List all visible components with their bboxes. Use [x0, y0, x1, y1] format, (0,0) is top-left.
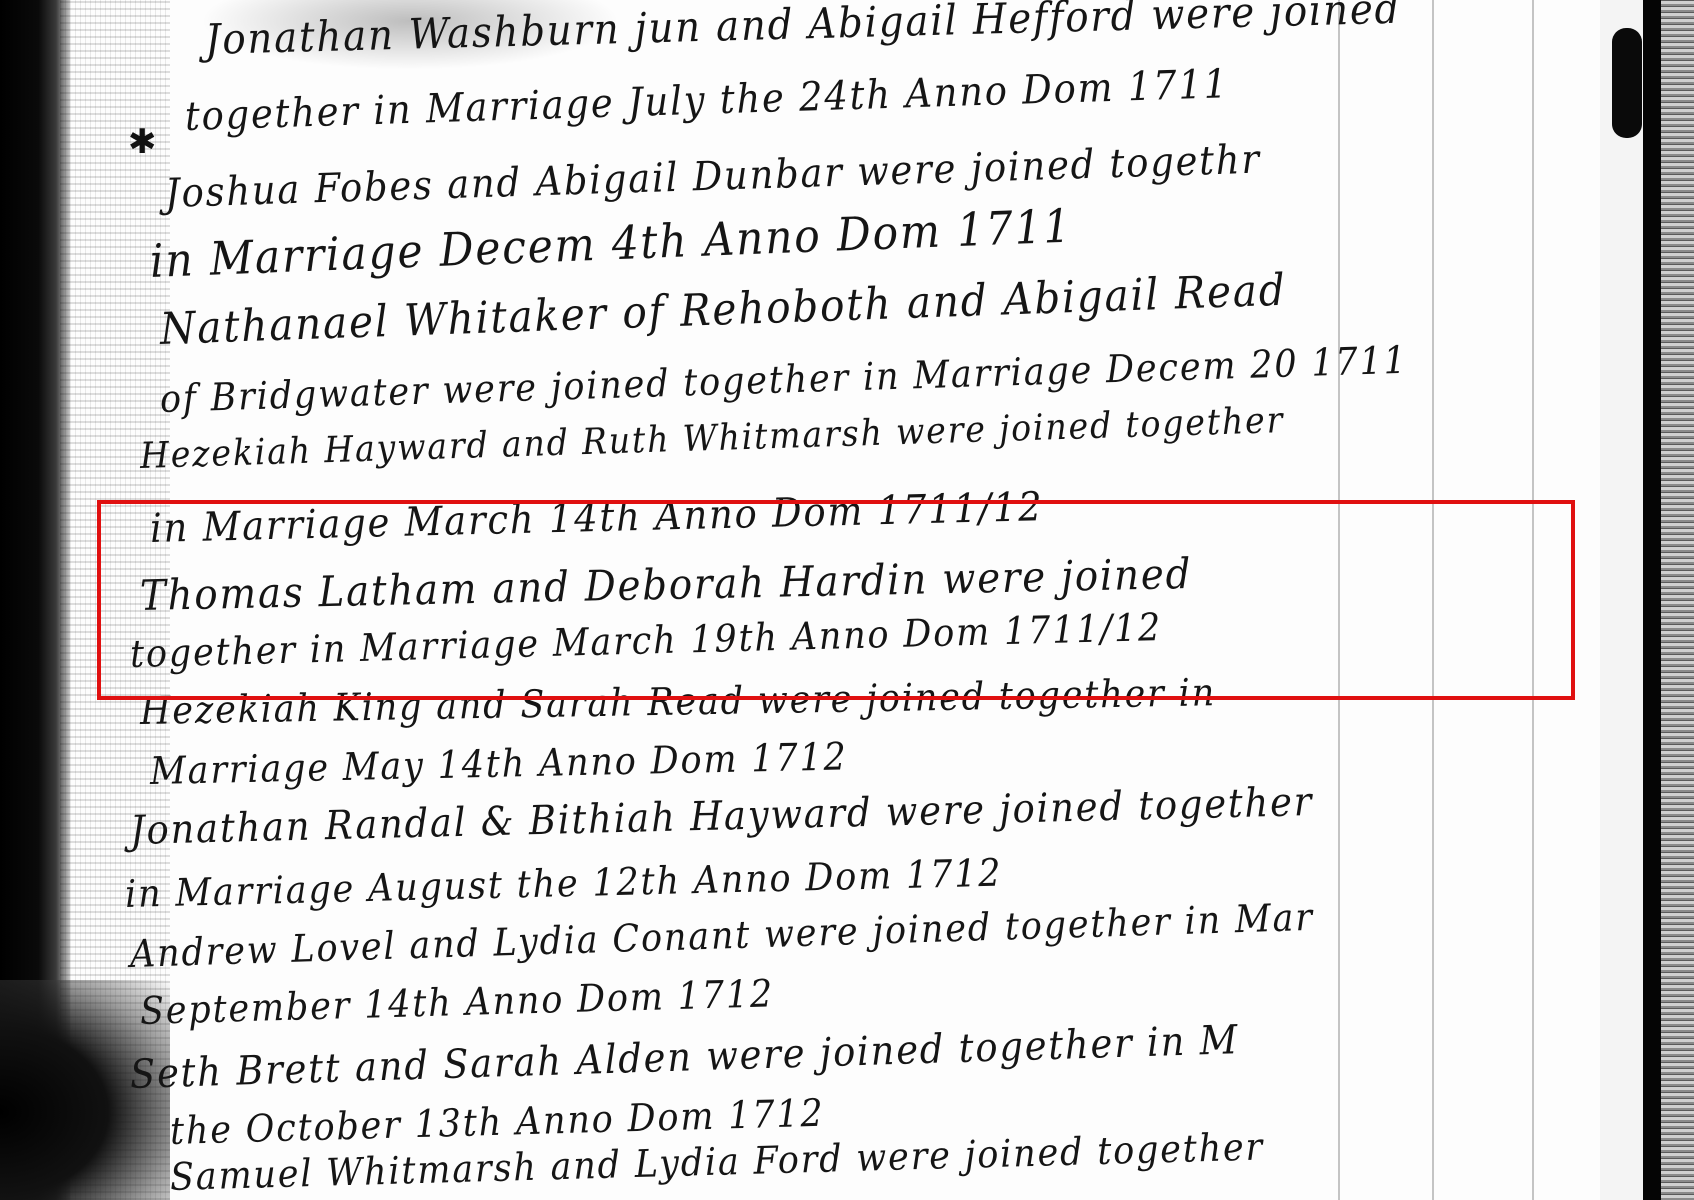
register-line: Jonathan Washburn jun and Abigail Heffor… — [204, 0, 1401, 64]
manuscript-page: ✱ Jonathan Washburn jun and Abigail Heff… — [0, 0, 1694, 1200]
asterisk-margin-mark-icon: ✱ — [128, 122, 157, 162]
register-line: Marriage May 14th Anno Dom 1712 — [150, 735, 849, 794]
register-line: in Marriage August the 12th Anno Dom 171… — [124, 851, 1002, 916]
register-line: September 14th Anno Dom 1712 — [139, 971, 774, 1033]
highlight-box — [97, 500, 1575, 700]
binding-tab — [1612, 28, 1642, 138]
register-line: Joshua Fobes and Abigail Dunbar were joi… — [164, 137, 1261, 217]
right-binding — [1643, 0, 1661, 1200]
register-line: together in Marriage July the 24th Anno … — [184, 61, 1229, 140]
register-line: Seth Brett and Sarah Alden were joined t… — [129, 1017, 1240, 1098]
register-line: Jonathan Randal & Bithiah Hayward were j… — [129, 779, 1313, 854]
adjacent-page-edge — [1661, 0, 1694, 1200]
